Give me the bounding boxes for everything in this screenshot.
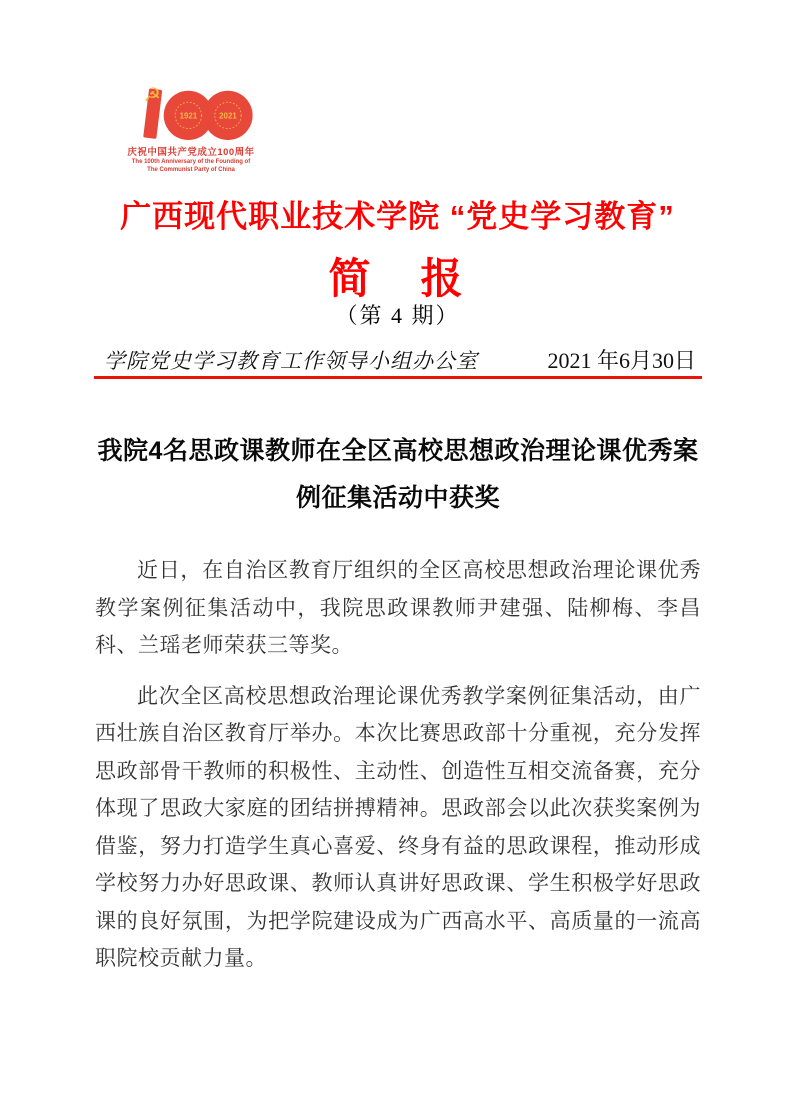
logo-caption-en-line2: The Communist Party of China — [118, 167, 264, 175]
article-title: 我院4名思政课教师在全区高校思想政治理论课优秀案例征集活动中获奖 — [95, 428, 701, 522]
cpc-100th-anniversary-logo: ☭ 1921 2021 庆祝中国共产党成立100周年 The 100th Ann… — [118, 80, 264, 174]
bulletin-title: 简 报 — [0, 246, 795, 306]
logo-year-2021: 2021 — [219, 111, 237, 120]
article-paragraph-1: 近日，在自治区教育厅组织的全区高校思想政治理论课优秀教学案例征集活动中，我院思政… — [95, 552, 701, 665]
logo-caption-cn: 庆祝中国共产党成立100周年 — [118, 144, 264, 158]
org-title: 广西现代职业技术学院 “党史学习教育” — [0, 191, 795, 236]
article-body: 近日，在自治区教育厅组织的全区高校思想政治理论课优秀教学案例征集活动中，我院思政… — [95, 552, 701, 991]
issuer-office: 学院党史学习教育工作领导小组办公室 — [104, 345, 478, 375]
logo-year-1921: 1921 — [180, 111, 198, 120]
cpc-100-logo-graphic: ☭ 1921 2021 — [125, 80, 257, 142]
masthead-divider-rule — [94, 376, 702, 379]
article-paragraph-2: 此次全区高校思想政治理论课优秀教学案例征集活动，由广西壮族自治区教育厅举办。本次… — [95, 678, 701, 978]
issue-date: 2021 年6月30日 — [547, 344, 696, 375]
logo-caption-en: The 100th Anniversary of the Founding of… — [118, 159, 264, 174]
issuer-row: 学院党史学习教育工作领导小组办公室 2021 年6月30日 — [104, 344, 696, 375]
hammer-sickle-icon: ☭ — [144, 84, 161, 106]
issue-number: （第 4 期） — [0, 299, 795, 330]
bulletin-page: ☭ 1921 2021 庆祝中国共产党成立100周年 The 100th Ann… — [0, 0, 795, 1108]
logo-caption-en-line1: The 100th Anniversary of the Founding of — [118, 159, 264, 167]
